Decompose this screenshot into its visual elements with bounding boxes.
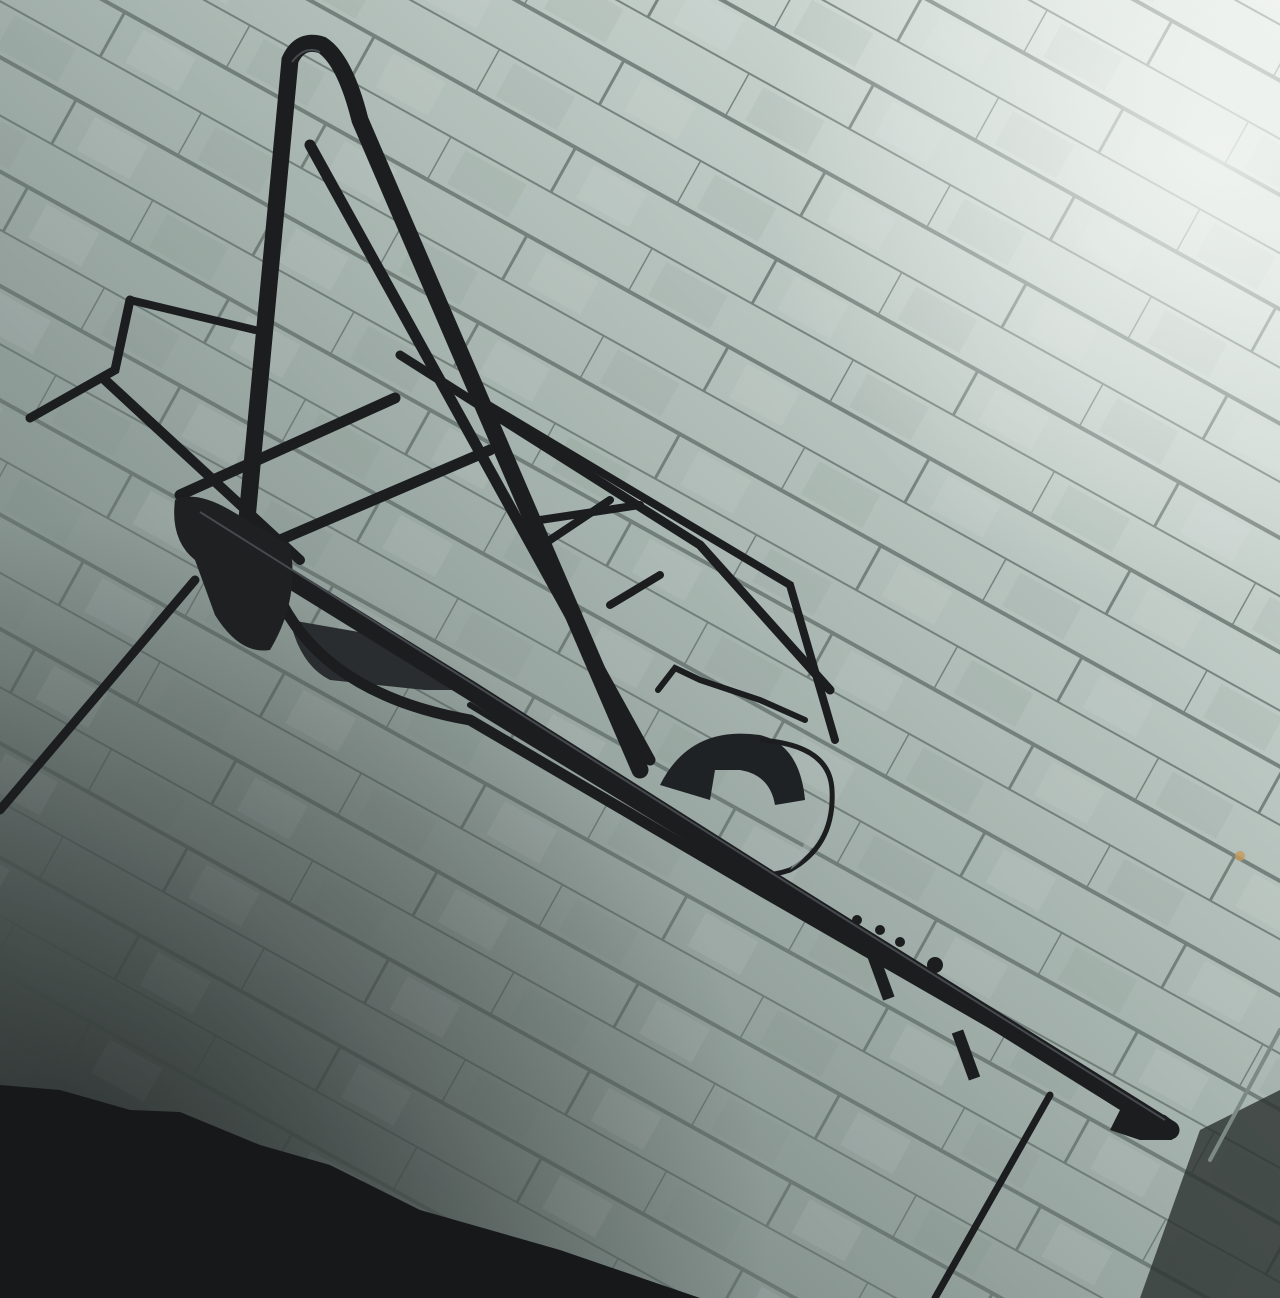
chassis-photo bbox=[0, 0, 1280, 1298]
rust-spot bbox=[1235, 851, 1245, 861]
photograph: Black and white photo of a tubular race … bbox=[0, 0, 1280, 1298]
block-wall bbox=[0, 0, 1280, 1298]
